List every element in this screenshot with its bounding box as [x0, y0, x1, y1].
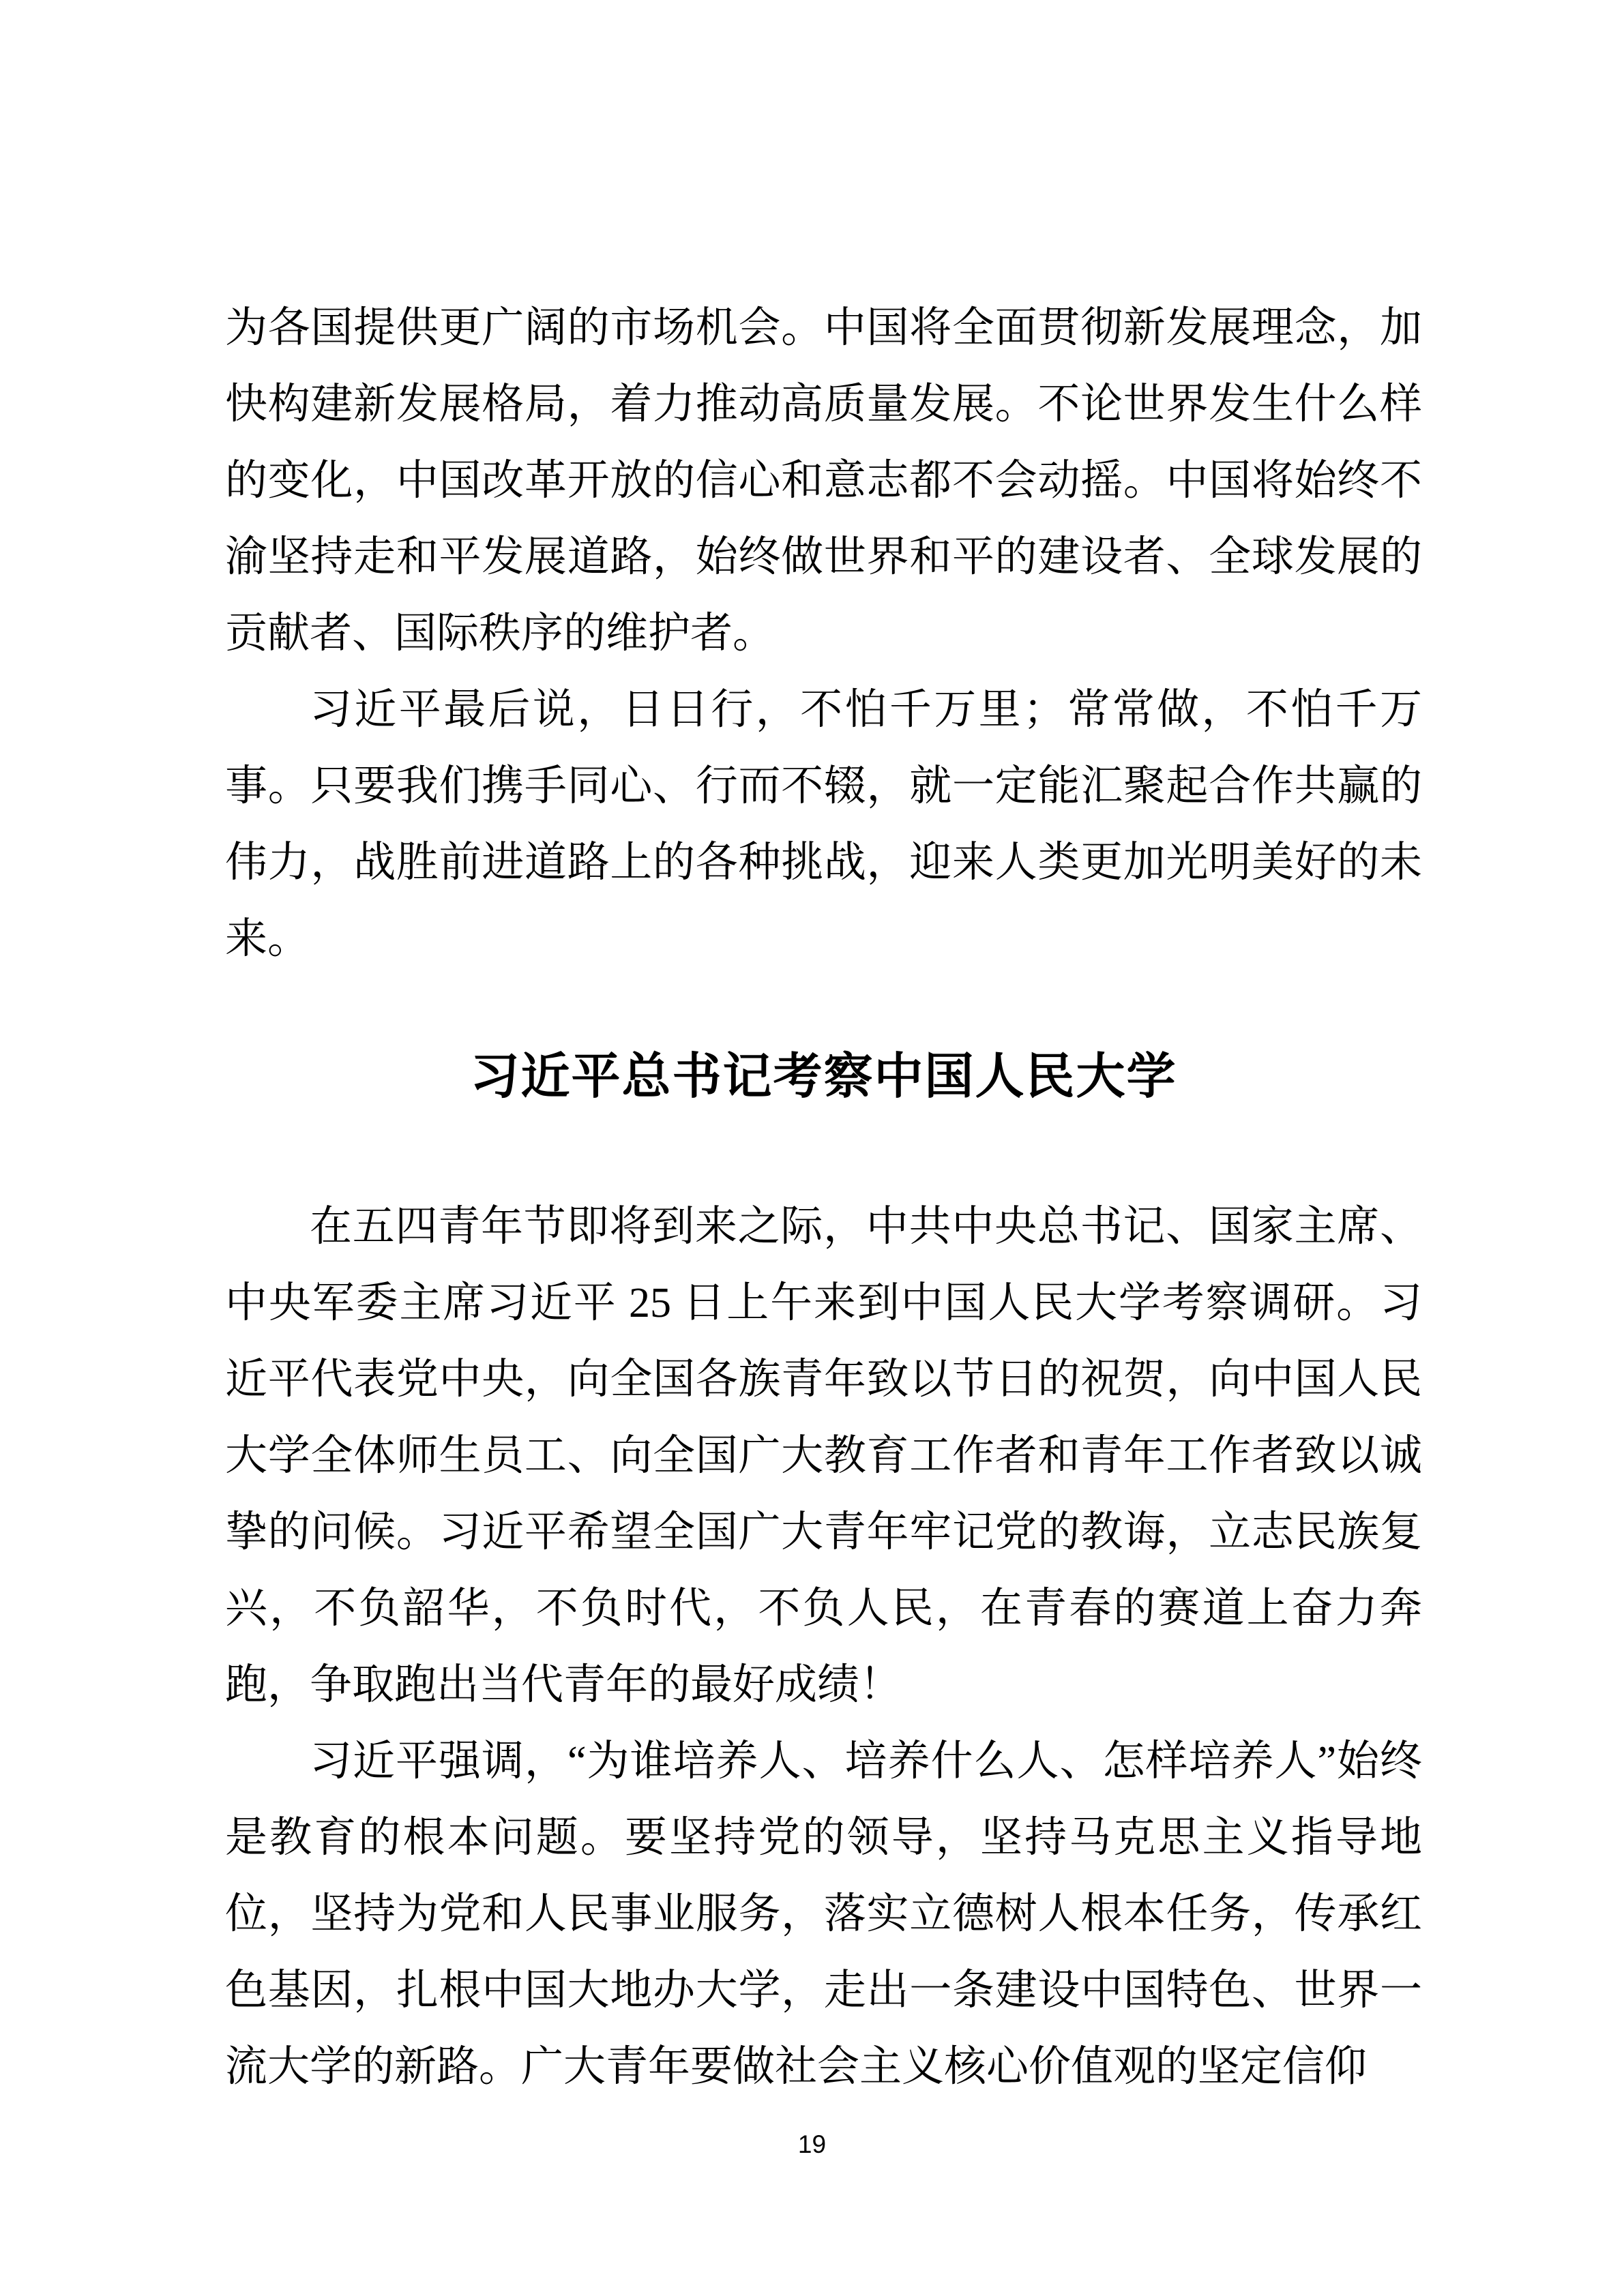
body-paragraph: 习近平强调，“为谁培养人、培养什么人、怎样培养人”始终是教育的根本问题。要坚持党…: [225, 1723, 1422, 2105]
article-title: 习近平总书记考察中国人民大学: [225, 1032, 1422, 1121]
page-number: 19: [798, 2130, 826, 2158]
body-paragraph: 习近平最后说，日日行，不怕千万里；常常做，不怕千万事。只要我们携手同心、行而不辍…: [225, 672, 1422, 977]
body-paragraph: 为各国提供更广阔的市场机会。中国将全面贯彻新发展理念，加快构建新发展格局，着力推…: [225, 290, 1422, 672]
page-footer: 19: [0, 2130, 1624, 2159]
page-content: 为各国提供更广阔的市场机会。中国将全面贯彻新发展理念，加快构建新发展格局，着力推…: [225, 290, 1422, 2105]
body-paragraph: 在五四青年节即将到来之际，中共中央总书记、国家主席、中央军委主席习近平 25 日…: [225, 1189, 1422, 1723]
